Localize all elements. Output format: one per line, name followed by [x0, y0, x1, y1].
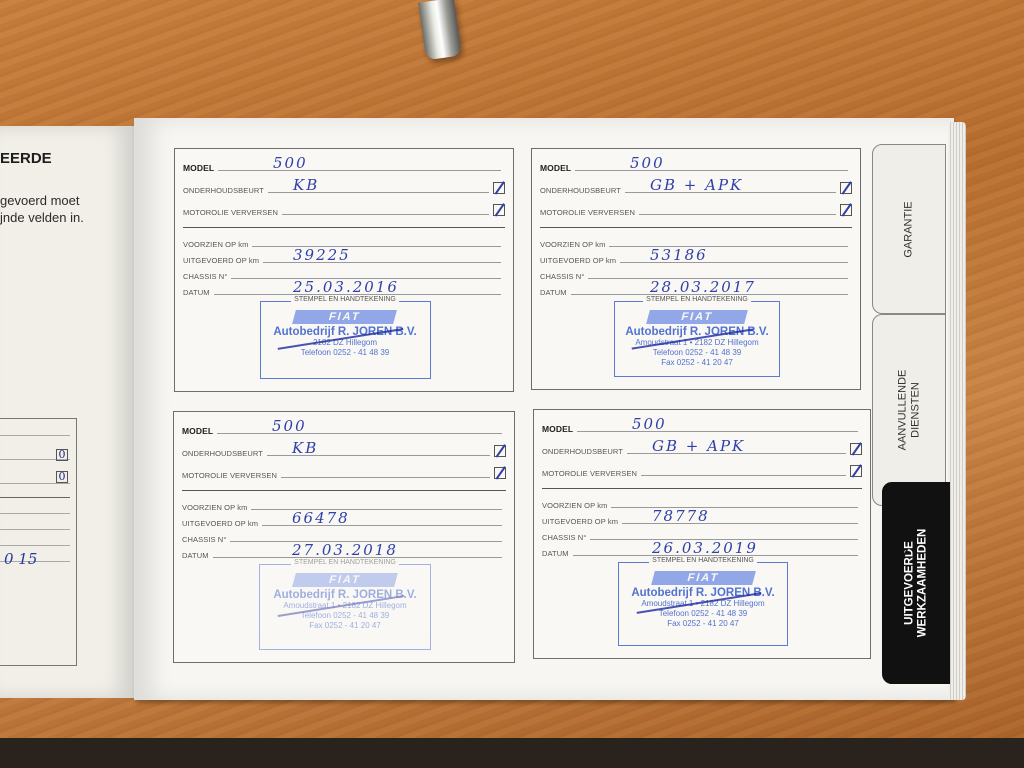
dealer-address-line: Telefoon 0252 - 41 48 39: [615, 348, 779, 358]
dealer-address-line: Fax 0252 - 41 20 47: [260, 621, 430, 631]
checkbox-checked-icon[interactable]: [493, 204, 505, 216]
field-label: MOTOROLIE VERVERSEN: [542, 469, 637, 478]
left-page-heading: EERDE: [0, 150, 52, 167]
checkbox-checked-icon[interactable]: [850, 443, 862, 455]
stamp-caption: STEMPEL EN HANDTEKENING: [291, 559, 399, 566]
field-label: MODEL: [540, 163, 571, 173]
field-label: UITGEVOERD OP km: [182, 519, 258, 528]
form-row-done-km: UITGEVOERD OP km39225: [183, 249, 505, 265]
handwritten-date: 27.03.2018: [292, 541, 398, 559]
dealer-name: Autobedrijf R. JOREN B.V.: [619, 587, 787, 599]
form-row-date: DATUM25.03.2016: [183, 281, 505, 297]
checkbox-checked-icon[interactable]: [494, 467, 506, 479]
form-row-date: DATUM26.03.2019: [542, 542, 862, 558]
service-record-card: MODEL500ONDERHOUDSBEURTGB + APKMOTOROLIE…: [533, 409, 871, 659]
field-label: ONDERHOUDSBEURT: [183, 186, 264, 195]
field-label: DATUM: [540, 288, 567, 297]
field-label: MOTOROLIE VERVERSEN: [183, 208, 278, 217]
dealer-address-line: Fax 0252 - 41 20 47: [619, 619, 787, 629]
field-label: VOORZIEN OP km: [182, 503, 247, 512]
field-label: DATUM: [183, 288, 210, 297]
form-row-date: DATUM27.03.2018: [182, 544, 506, 560]
field-label: MOTOROLIE VERVERSEN: [182, 471, 277, 480]
handwritten-date: 26.03.2019: [652, 539, 758, 557]
stamp-caption: STEMPEL EN HANDTEKENING: [649, 557, 757, 564]
field-label: CHASSIS N°: [542, 533, 586, 542]
fiat-logo: FIAT: [292, 573, 398, 587]
handwritten-done-km: 66478: [292, 509, 350, 527]
handwritten-model: 500: [630, 154, 665, 172]
checkbox-checked-icon[interactable]: [493, 182, 505, 194]
form-row-done-km: UITGEVOERD OP km53186: [540, 249, 852, 265]
handwritten-done-km: 39225: [293, 246, 351, 264]
field-label: MODEL: [183, 163, 214, 173]
dealer-address-line: Fax 0252 - 41 20 47: [615, 358, 779, 368]
field-label: MODEL: [542, 424, 573, 434]
checkbox-checked-icon[interactable]: [494, 445, 506, 457]
checkbox-checked-icon[interactable]: [840, 204, 852, 216]
field-label: ONDERHOUDSBEURT: [540, 186, 621, 195]
page-number: 27: [893, 545, 909, 561]
dealer-stamp: STEMPEL EN HANDTEKENING FIAT Autobedrijf…: [614, 301, 780, 377]
handwritten-model: 500: [273, 154, 308, 172]
form-row-date: DATUM28.03.2017: [540, 281, 852, 297]
field-label: UITGEVOERD OP km: [542, 517, 618, 526]
dealer-name: Autobedrijf R. JOREN B.V.: [260, 589, 430, 601]
handwritten-service: KB: [292, 439, 318, 457]
field-label: DATUM: [182, 551, 209, 560]
field-label: UITGEVOERD OP km: [540, 256, 616, 265]
form-row-oil: MOTOROLIE VERVERSEN: [542, 462, 862, 478]
dealer-stamp: STEMPEL EN HANDTEKENING FIAT Autobedrijf…: [260, 301, 431, 379]
form-row-oil: MOTOROLIE VERVERSEN: [182, 464, 506, 480]
field-label: VOORZIEN OP km: [183, 240, 248, 249]
checkbox-icon: 0: [56, 471, 68, 483]
form-row-service: ONDERHOUDSBEURTKB: [183, 179, 505, 195]
handwritten-date: 28.03.2017: [650, 278, 756, 296]
form-row-service: ONDERHOUDSBEURTKB: [182, 442, 506, 458]
dealer-stamp: STEMPEL EN HANDTEKENING FIAT Autobedrijf…: [618, 562, 788, 646]
handwritten-done-km: 78778: [652, 507, 710, 525]
field-label: MODEL: [182, 426, 213, 436]
field-label: VOORZIEN OP km: [542, 501, 607, 510]
form-row-model: MODEL500: [183, 157, 505, 173]
handwritten-model: 500: [272, 417, 307, 435]
handwritten-date: 25.03.2016: [293, 278, 399, 296]
checkbox-checked-icon[interactable]: [840, 182, 852, 194]
dealer-address-line: Telefoon 0252 - 41 48 39: [261, 348, 430, 358]
form-row-service: ONDERHOUDSBEURTGB + APK: [540, 179, 852, 195]
field-label: VOORZIEN OP km: [540, 240, 605, 249]
field-label: CHASSIS N°: [540, 272, 584, 281]
handwritten-model: 500: [632, 415, 667, 433]
form-row-model: MODEL500: [542, 418, 862, 434]
handwritten-service: GB + APK: [650, 176, 743, 194]
dealer-stamp: STEMPEL EN HANDTEKENING FIAT Autobedrijf…: [259, 564, 431, 650]
field-label: MOTOROLIE VERVERSEN: [540, 208, 635, 217]
form-row-model: MODEL500: [540, 157, 852, 173]
tab-uitgevoerde-werkzaamheden[interactable]: UITGEVOERDE WERKZAAMHEDEN: [882, 482, 950, 684]
handwritten-fragment: 0 15: [4, 550, 37, 568]
field-label: ONDERHOUDSBEURT: [542, 447, 623, 456]
stamp-caption: STEMPEL EN HANDTEKENING: [291, 296, 399, 303]
left-page-text: gevoerd moet jnde velden in.: [0, 192, 84, 226]
field-label: UITGEVOERD OP km: [183, 256, 259, 265]
tab-aanvullende-diensten[interactable]: AANVULLENDE DIENSTEN: [872, 314, 946, 506]
field-label: ONDERHOUDSBEURT: [182, 449, 263, 458]
stamp-caption: STEMPEL EN HANDTEKENING: [643, 296, 751, 303]
field-label: DATUM: [542, 549, 569, 558]
form-row-done-km: UITGEVOERD OP km78778: [542, 510, 862, 526]
fiat-logo: FIAT: [646, 310, 748, 324]
form-row-model: MODEL500: [182, 420, 506, 436]
field-label: CHASSIS N°: [183, 272, 227, 281]
left-page-service-form: 0 0: [0, 418, 77, 666]
service-record-card: MODEL500ONDERHOUDSBEURTKBMOTOROLIE VERVE…: [174, 148, 514, 392]
service-record-card: MODEL500ONDERHOUDSBEURTKBMOTOROLIE VERVE…: [173, 411, 515, 663]
table-edge-shadow: [0, 738, 1024, 768]
dealer-address-line: Telefoon 0252 - 41 48 39: [260, 611, 430, 621]
service-record-card: MODEL500ONDERHOUDSBEURTGB + APKMOTOROLIE…: [531, 148, 861, 390]
form-row-done-km: UITGEVOERD OP km66478: [182, 512, 506, 528]
checkbox-icon: 0: [56, 449, 68, 461]
form-row-service: ONDERHOUDSBEURTGB + APK: [542, 440, 862, 456]
left-page: EERDE gevoerd moet jnde velden in. 0 0 0…: [0, 126, 134, 698]
fiat-logo: FIAT: [292, 310, 397, 324]
handwritten-service: KB: [293, 176, 319, 194]
metal-clip: [418, 0, 462, 60]
tab-garantie[interactable]: GARANTIE: [872, 144, 946, 314]
form-row-oil: MOTOROLIE VERVERSEN: [540, 201, 852, 217]
handwritten-done-km: 53186: [650, 246, 708, 264]
checkbox-checked-icon[interactable]: [850, 465, 862, 477]
form-row-oil: MOTOROLIE VERVERSEN: [183, 201, 505, 217]
handwritten-service: GB + APK: [652, 437, 745, 455]
fiat-logo: FIAT: [651, 571, 756, 585]
field-label: CHASSIS N°: [182, 535, 226, 544]
page-edges: [948, 122, 966, 700]
